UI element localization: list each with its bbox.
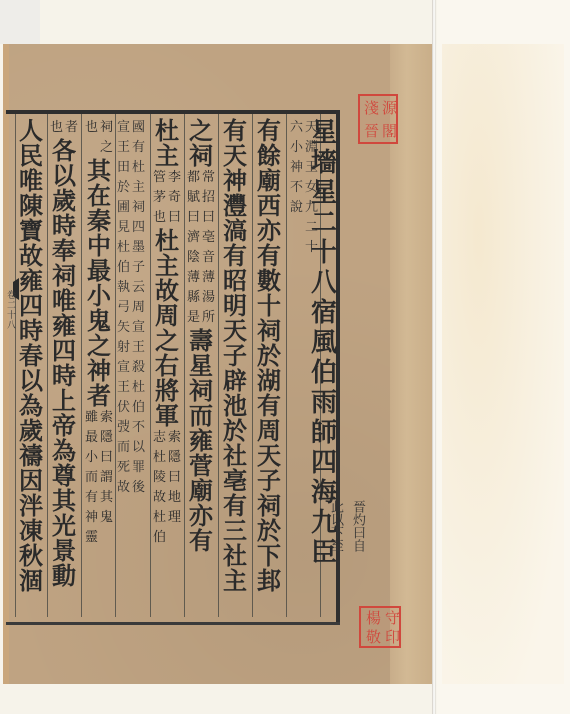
annotation-pair: 者 也 xyxy=(50,118,78,138)
column-text: 壽星祠而雍菅廟亦有 xyxy=(189,328,213,553)
column-text: 有天神灃滈有昭明天子辟池於社亳有三社主 xyxy=(223,118,247,593)
seal-char: 守 xyxy=(380,610,399,625)
margin-label: 卷二十八 xyxy=(4,290,17,330)
column-text: 杜主 xyxy=(155,118,179,168)
annotation-left: 也 xyxy=(50,118,63,138)
annotation-left: 都賦曰濟陰薄縣是 xyxy=(187,168,200,328)
column-text: 杜主故周之右將軍 xyxy=(155,228,179,428)
column-rule xyxy=(115,114,116,617)
annotation-right: 常招曰亳音薄湯所 xyxy=(202,168,215,328)
seal-char: 源 xyxy=(378,100,396,115)
seal-char: 敬 xyxy=(361,629,380,644)
annotation-pair: 索隱曰謂其鬼 雖最小而有神靈 xyxy=(85,408,113,548)
text-column-4: 有餘廟西亦有數十祠於湖有周天子祠於下邽 xyxy=(253,118,285,593)
column-text: 人民唯陳寶故雍四時春以為歲禱因泮凍秋涸 xyxy=(19,118,43,593)
annotation-left: 志杜陵故杜伯 xyxy=(153,428,166,548)
right-leaf-stain xyxy=(442,44,564,684)
annotation-left: 雖最小而有神靈 xyxy=(85,408,98,548)
text-column-8: 國有杜主祠四墨子云周宣王殺杜伯不以罪後 宣王田於圃見杜伯執弓矢射宣王伏弢而死故 xyxy=(117,118,145,498)
annotation-jinzhuo: 晉灼曰自 此以下至 xyxy=(325,500,367,552)
annotation-left: 宣王田於圃見杜伯執弓矢射宣王伏弢而死故 xyxy=(117,118,130,498)
annotation-right: 者 xyxy=(65,118,78,138)
annotation-right: 索隱曰謂其鬼 xyxy=(100,408,113,548)
annotation-left: 六小神不說 xyxy=(290,118,303,258)
column-rule xyxy=(286,114,287,617)
annotation-left: 此以下至 xyxy=(325,500,345,552)
annotation-left: 管茅也 xyxy=(153,168,166,228)
collector-seal-bottom: 楊 守 敬 印 xyxy=(359,606,401,648)
text-column-5: 有天神灃滈有昭明天子辟池於社亳有三社主 xyxy=(219,118,251,593)
text-column-10: 者 也 各以歲時奉祠唯雍四時上帝為尊其光景動 xyxy=(48,118,80,588)
annotation-pair: 常招曰亳音薄湯所 都賦曰濟陰薄縣是 xyxy=(187,168,215,328)
seal-char: 晉 xyxy=(360,123,378,138)
book-spine xyxy=(432,0,436,714)
column-text: 其在秦中最小鬼之神者 xyxy=(87,158,111,408)
annotation-right: 祠之 xyxy=(100,118,113,158)
seal-char: 閣 xyxy=(378,123,396,138)
annotation-right: 晉灼曰自 xyxy=(347,500,367,552)
collector-seal-top: 淺 源 晉 閣 xyxy=(358,94,398,144)
annotation-pair: 祠之 也 xyxy=(85,118,113,158)
column-text: 各以歲時奉祠唯雍四時上帝為尊其光景動 xyxy=(52,138,76,588)
annotation-pair: 李奇曰 管茅也 xyxy=(153,168,181,228)
annotation-right: 李奇曰 xyxy=(168,168,181,228)
text-column-9: 祠之 也 其在秦中最小鬼之神者 索隱曰謂其鬼 雖最小而有神靈 xyxy=(83,118,115,548)
annotation-right: 索隱曰地理 xyxy=(168,428,181,548)
bottom-background xyxy=(0,684,432,714)
column-rule xyxy=(81,114,82,617)
column-text: 之祠 xyxy=(189,118,213,168)
text-column-2: 天淵玉女九二十 六小神不說 xyxy=(290,118,318,258)
text-column-6: 之祠 常招曰亳音薄湯所 都賦曰濟陰薄縣是 壽星祠而雍菅廟亦有 xyxy=(185,118,217,553)
seal-char: 淺 xyxy=(360,100,378,115)
seal-char: 印 xyxy=(380,629,399,644)
top-left-shadow xyxy=(0,0,40,44)
seal-char: 楊 xyxy=(361,610,380,625)
annotation-right: 國有杜主祠四墨子云周宣王殺杜伯不以罪後 xyxy=(132,118,145,498)
column-text: 有餘廟西亦有數十祠於湖有周天子祠於下邽 xyxy=(257,118,281,593)
annotation-left: 也 xyxy=(85,118,98,158)
annotation-pair: 索隱曰地理 志杜陵故杜伯 xyxy=(153,428,181,548)
text-column-11: 人民唯陳寶故雍四時春以為歲禱因泮凍秋涸 xyxy=(15,118,47,593)
text-column-7: 杜主 李奇曰 管茅也 杜主故周之右將軍 索隱曰地理 志杜陵故杜伯 xyxy=(151,118,183,548)
annotation-right: 天淵玉女九二十 xyxy=(305,118,318,258)
